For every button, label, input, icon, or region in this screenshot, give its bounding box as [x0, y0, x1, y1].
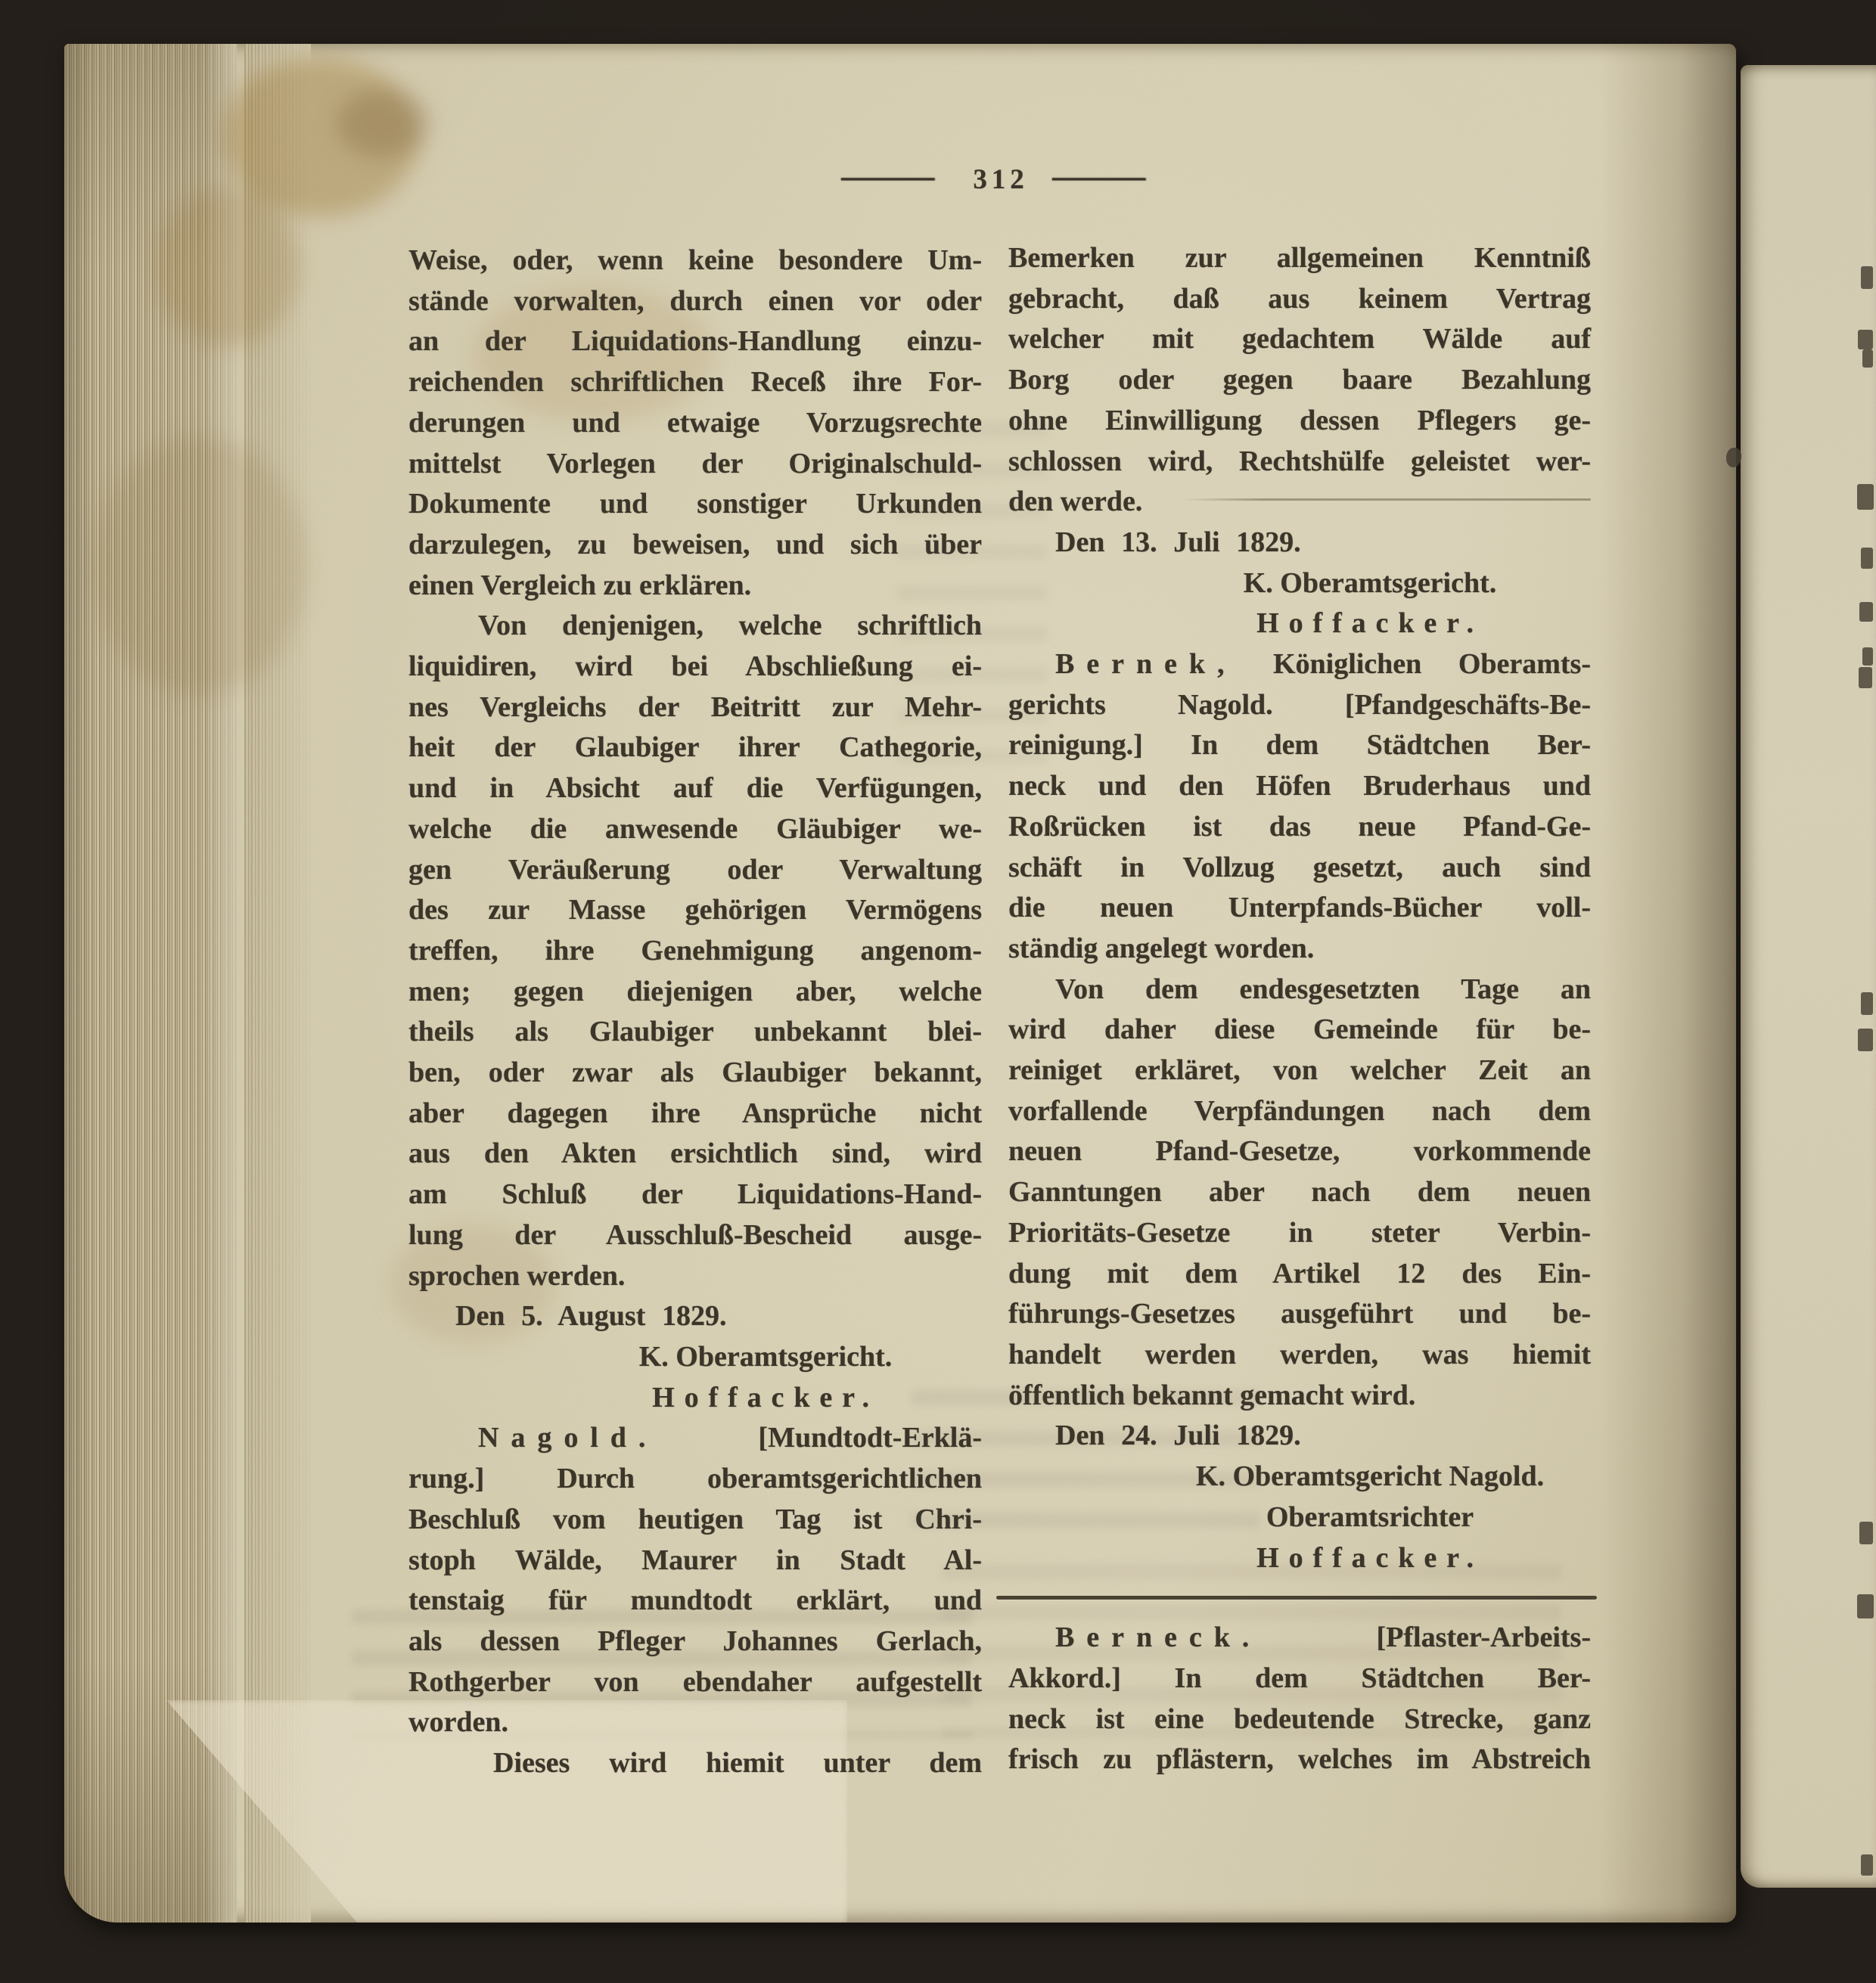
book-scan-photo: — 312 — Weise, oder, wenn keine besonder…: [0, 0, 1876, 1983]
paper-grain-texture: [0, 0, 1876, 1983]
